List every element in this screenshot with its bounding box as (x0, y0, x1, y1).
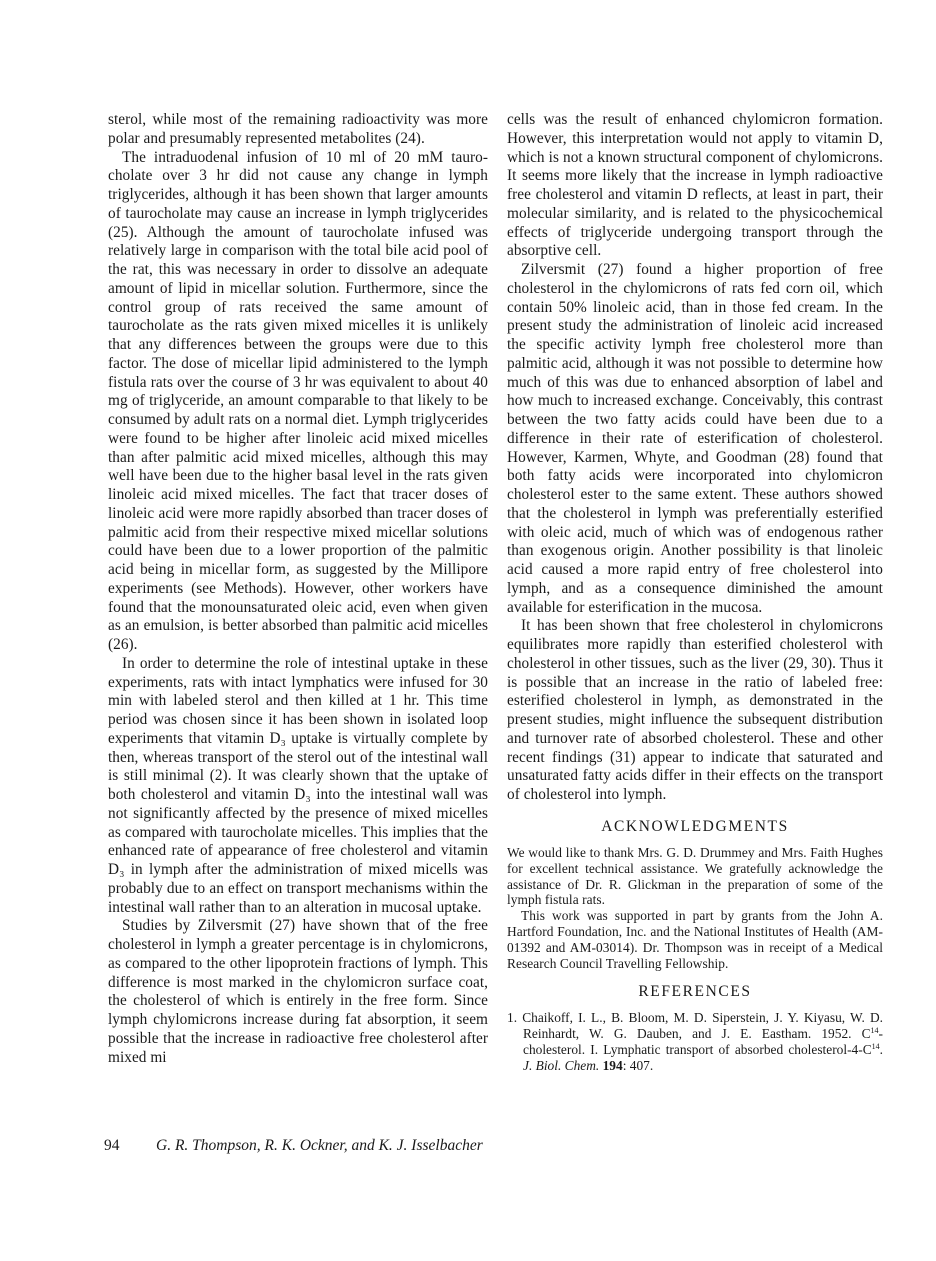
running-authors: G. R. Thompson, R. K. Ockner, and K. J. … (156, 1137, 483, 1154)
superscript: 14 (871, 1026, 879, 1035)
body-paragraph: The intraduodenal infusion of 10 ml of 2… (108, 149, 488, 655)
body-paragraph: cells was the result of enhanced chylomi… (507, 111, 883, 261)
reference-volume: 194 (603, 1058, 623, 1073)
acknowledgments-paragraph: We would like to thank Mrs. G. D. Drumme… (507, 845, 883, 909)
page-footer: 94G. R. Thompson, R. K. Ockner, and K. J… (104, 1137, 483, 1155)
acknowledgments-heading: ACKNOWLEDGMENTS (507, 818, 883, 836)
reference-title-text: C (862, 1026, 871, 1041)
body-paragraph: In order to determine the role of intest… (108, 655, 488, 918)
reference-title-text: . (880, 1042, 883, 1057)
reference-number: 1. (507, 1010, 517, 1025)
page-number: 94 (104, 1137, 156, 1155)
body-paragraph: It has been shown that free cholesterol … (507, 617, 883, 805)
body-paragraph: Studies by Zilversmit (27) have shown th… (108, 917, 488, 1067)
reference-authors: Chaikoff, I. L., B. Bloom, M. D. Siperst… (522, 1010, 883, 1041)
left-column: sterol, while most of the remaining radi… (108, 111, 488, 1067)
reference-pages: : 407. (623, 1058, 654, 1073)
references-section: REFERENCES 1. Chaikoff, I. L., B. Bloom,… (507, 983, 883, 1074)
reference-journal: J. Biol. Chem. (523, 1058, 599, 1073)
right-column: cells was the result of enhanced chylomi… (507, 111, 883, 1074)
superscript: 14 (872, 1042, 880, 1051)
reference-item: 1. Chaikoff, I. L., B. Bloom, M. D. Sipe… (507, 1010, 883, 1074)
acknowledgments-paragraph: This work was supported in part by grant… (507, 908, 883, 972)
body-paragraph: sterol, while most of the remaining radi… (108, 111, 488, 149)
acknowledgments-section: ACKNOWLEDGMENTS We would like to thank M… (507, 818, 883, 972)
references-heading: REFERENCES (507, 983, 883, 1001)
body-paragraph: Zilversmit (27) found a higher proportio… (507, 261, 883, 617)
